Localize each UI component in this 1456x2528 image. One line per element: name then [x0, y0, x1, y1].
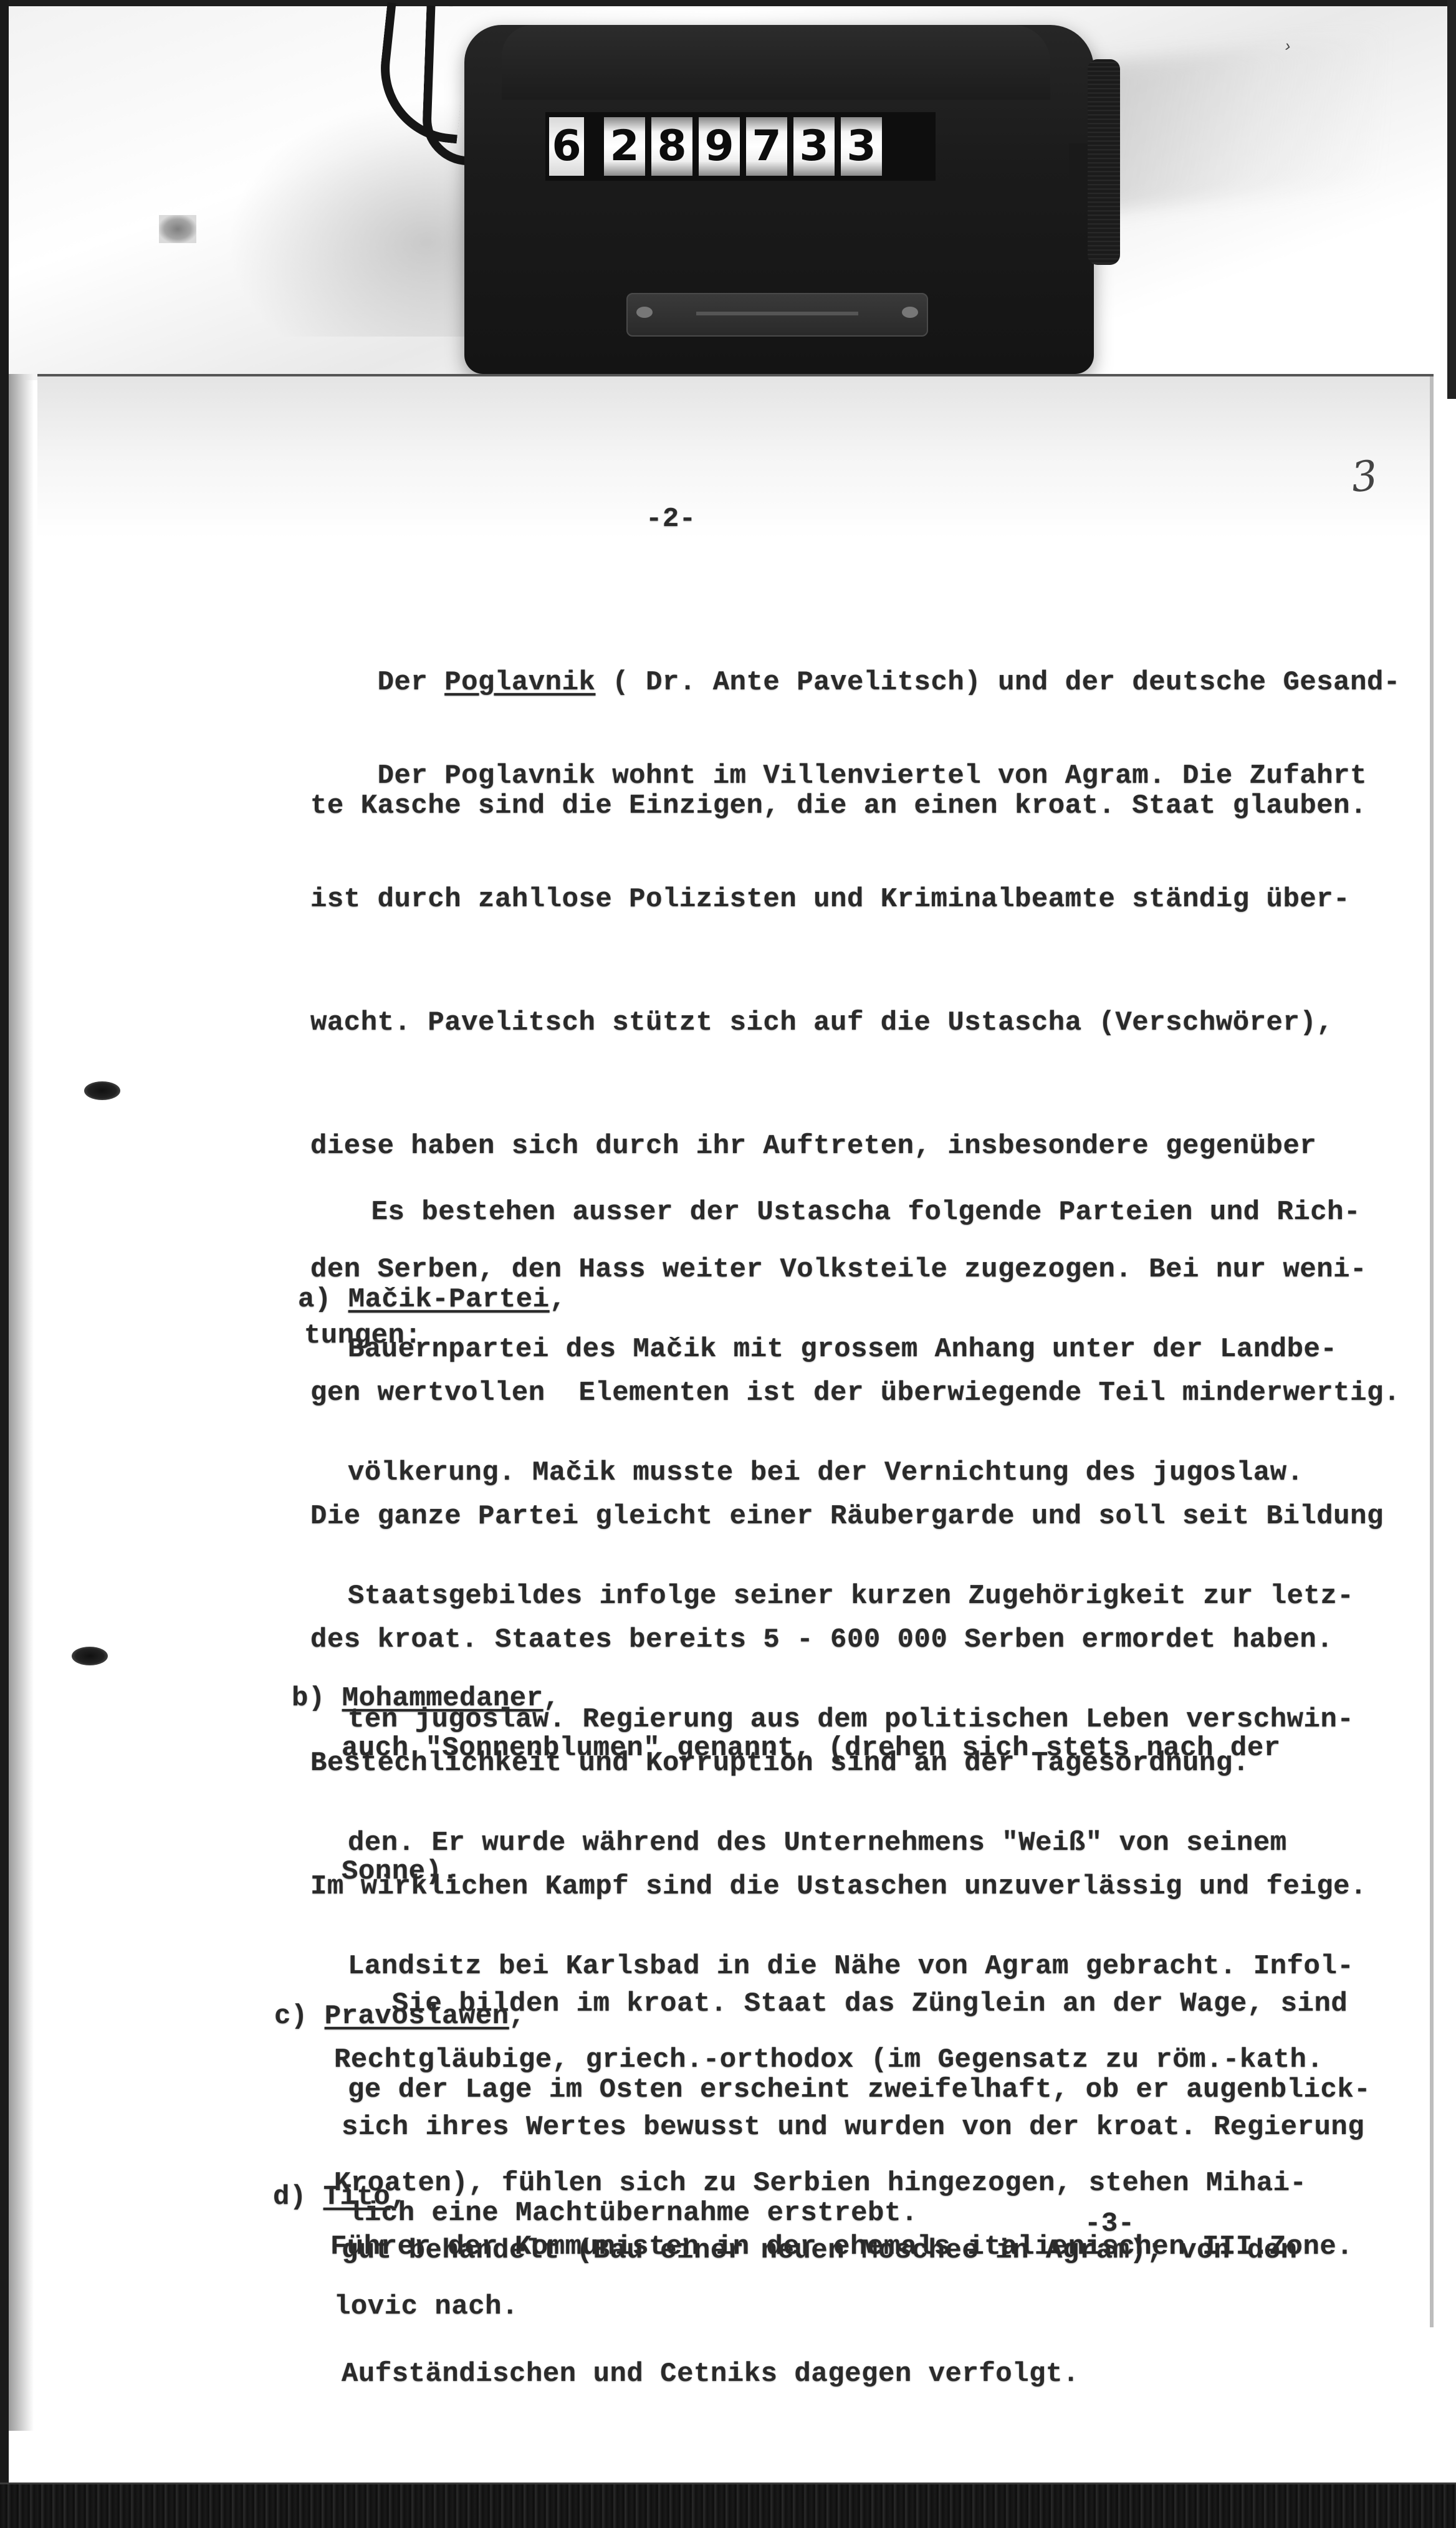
counter-digit: 2 — [604, 117, 645, 176]
counter-digit: 8 — [651, 117, 692, 176]
counter-digit: 7 — [746, 117, 787, 176]
text-line: Rechtgläubige, griech.-orthodox (im Gege… — [334, 2039, 1323, 2080]
frame-counter-device: 6 2 8 9 7 3 3 — [464, 25, 1094, 374]
counter-digit: 3 — [793, 117, 835, 176]
list-marker: c) — [274, 2001, 308, 2032]
counter-digit-window: 6 2 8 9 7 3 3 — [545, 112, 936, 181]
film-frame-right — [1447, 0, 1456, 399]
counter-nameplate — [626, 293, 928, 337]
list-item-body: Führer der Kommunisten in der ehemals it… — [330, 2144, 1353, 2309]
text-line: Der Poglavnik wohnt im Villenviertel von… — [310, 755, 1401, 797]
counter-digit: 3 — [841, 117, 882, 176]
text-line: Bauernpartei des Mačik mit grossem Anhan… — [348, 1329, 1371, 1370]
text-line: Sonne). — [342, 1851, 1364, 1892]
text-line: Führer der Kommunisten in der ehemals it… — [330, 2226, 1353, 2267]
counter-reset-knob — [1088, 59, 1120, 265]
text-line: völkerung. Mačik musste bei der Vernicht… — [348, 1452, 1371, 1493]
film-frame-bottom — [0, 2483, 1456, 2528]
counter-digit: 9 — [699, 117, 740, 176]
text-line: ist durch zahllose Polizisten und Krimin… — [310, 879, 1401, 920]
page-header: -2- — [646, 499, 696, 540]
film-frame-top — [0, 0, 1456, 6]
list-marker: b) — [292, 1683, 325, 1714]
film-frame-left — [0, 0, 9, 2528]
list-marker: a) — [298, 1284, 332, 1315]
text-line: auch "Sonnenblumen" genannt, (drehen sic… — [342, 1728, 1364, 1769]
punch-hole — [84, 1081, 120, 1100]
text-line: wacht. Pavelitsch stützt sich auf die Us… — [310, 1002, 1401, 1043]
list-marker: d) — [273, 2181, 307, 2213]
handwritten-page-number: 3 — [1349, 451, 1380, 502]
page-footer: -3- — [1085, 2203, 1135, 2244]
punch-hole — [72, 1647, 108, 1665]
counter-digit: 6 — [549, 117, 584, 176]
stain-mark — [159, 215, 196, 243]
